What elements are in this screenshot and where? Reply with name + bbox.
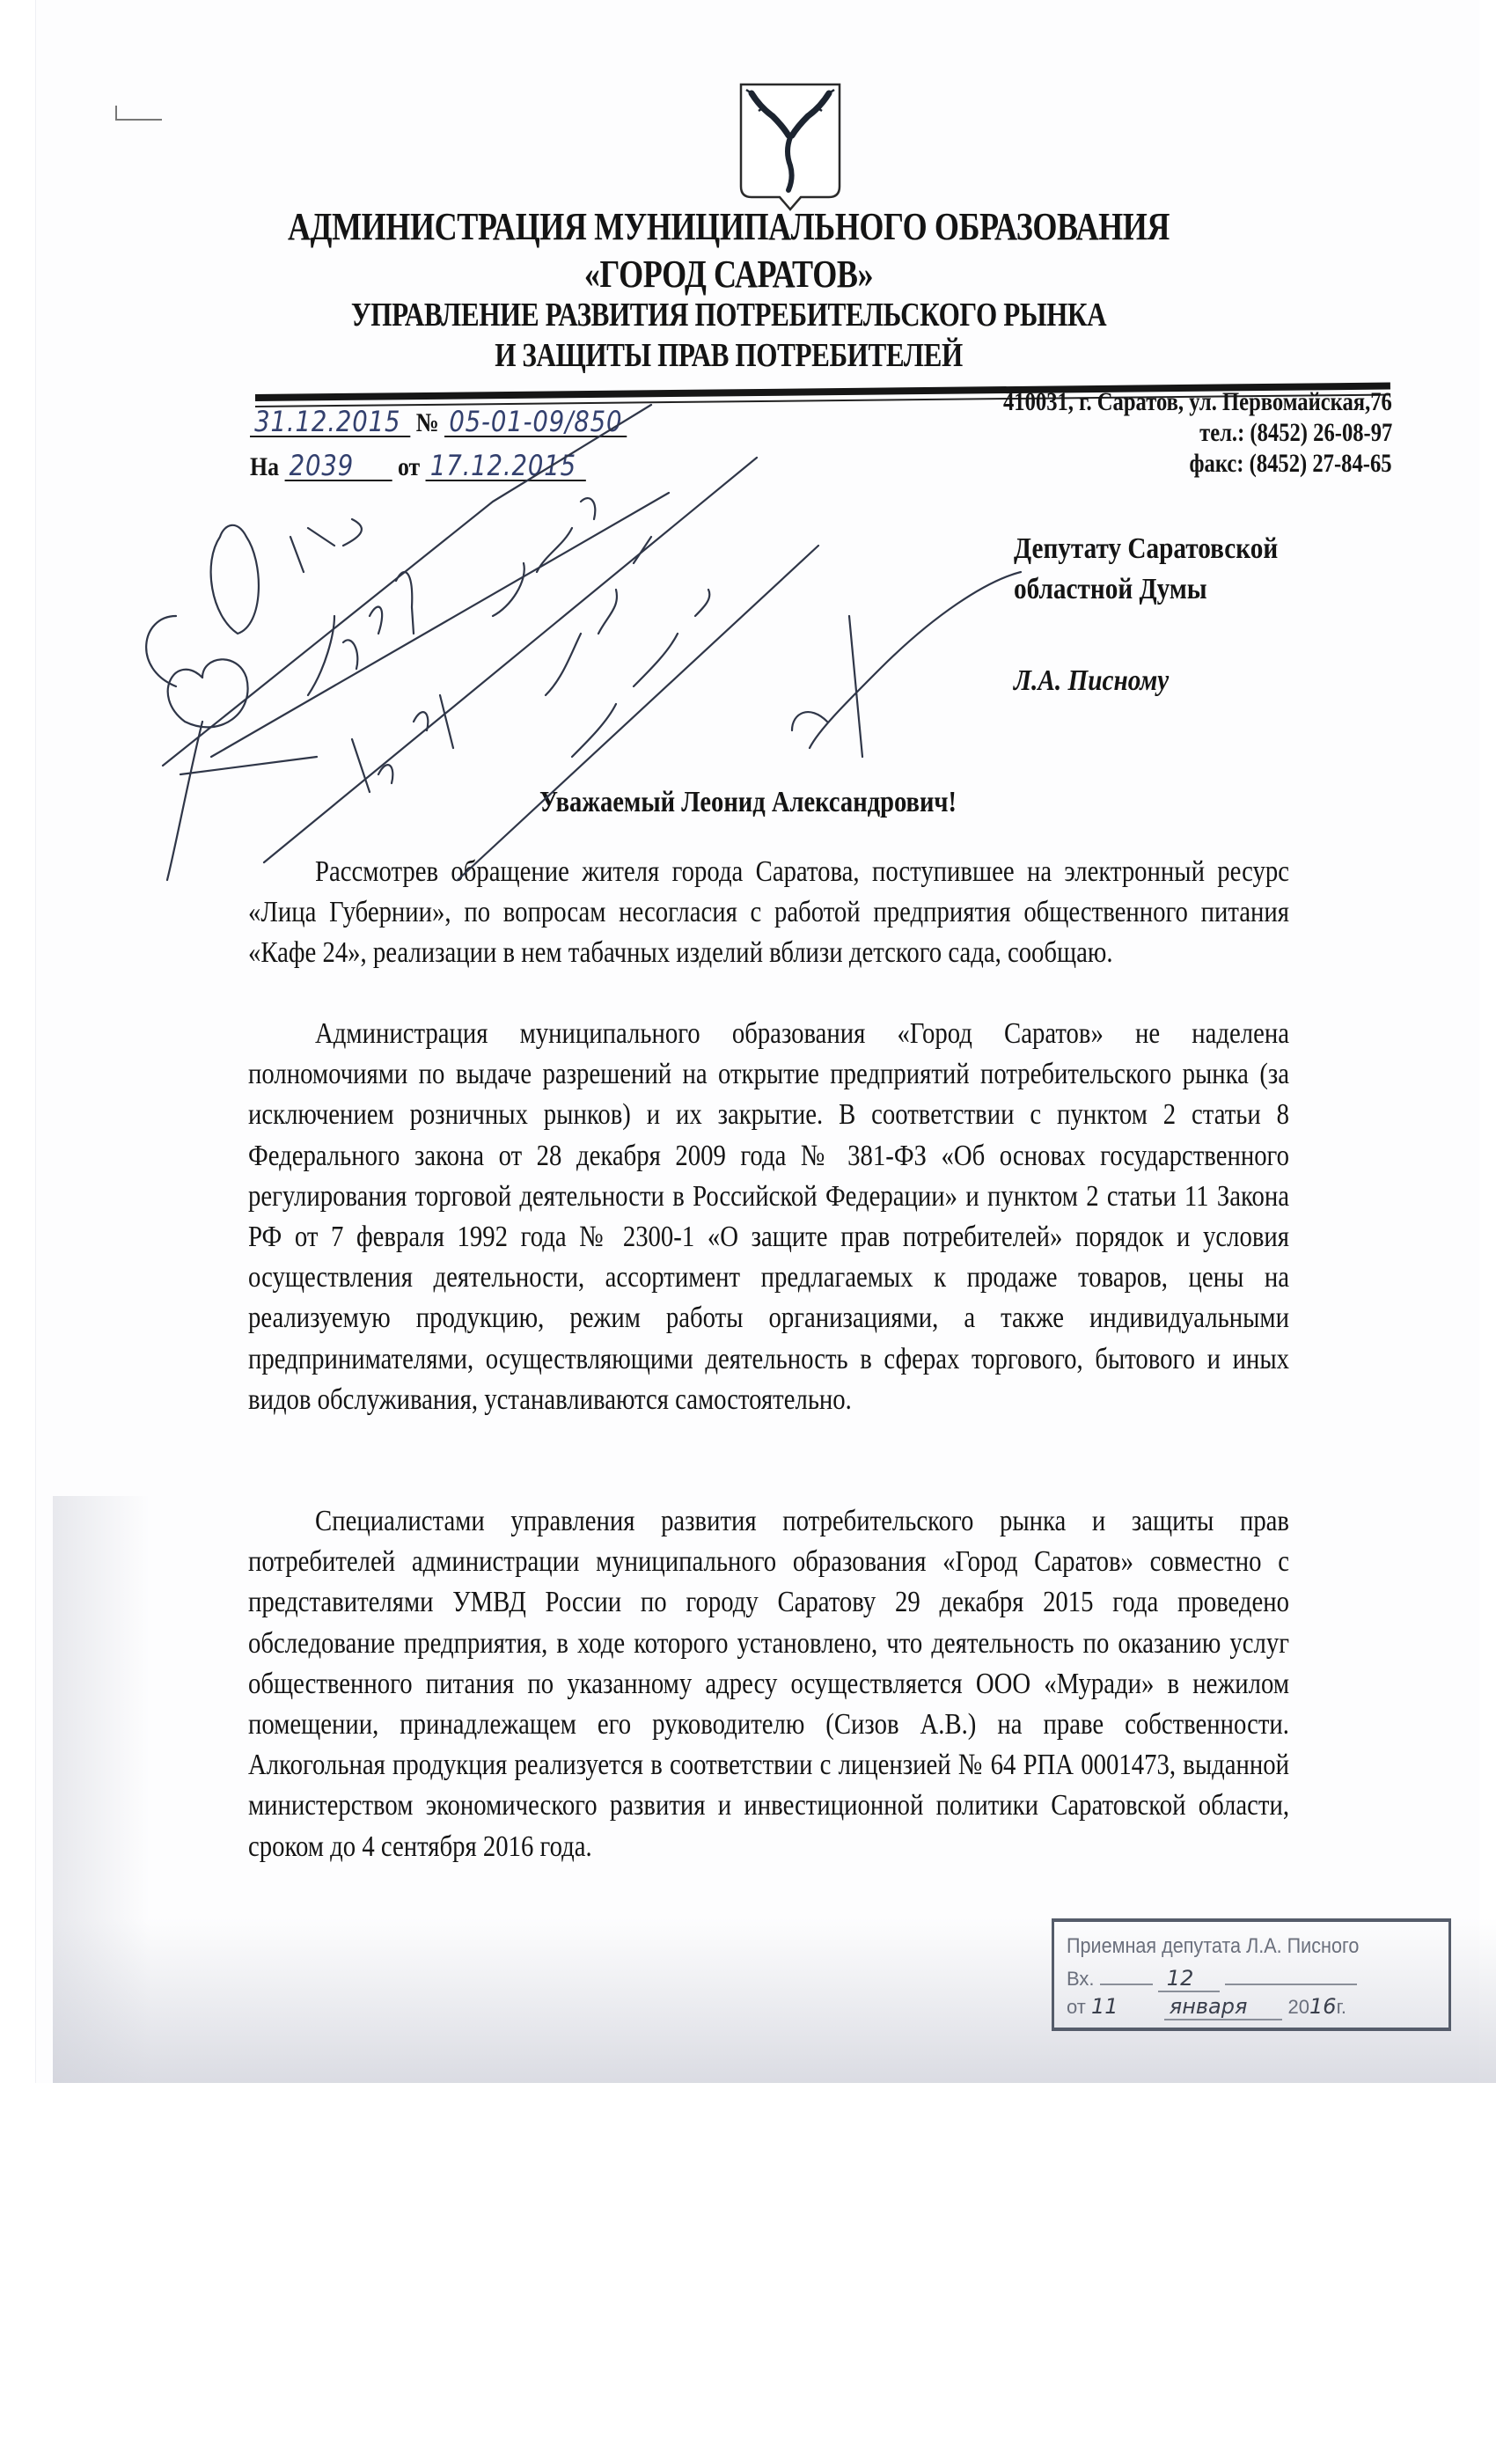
in-reply-date: 17.12.2015	[426, 451, 586, 481]
paragraph-text: Специалистами управления развития потреб…	[248, 1501, 1289, 1867]
outgoing-date: 31.12.2015	[250, 407, 410, 437]
margin-bracket-mark	[113, 104, 165, 125]
org-fax: факс: (8452) 27-84-65	[1190, 449, 1392, 479]
number-label: №	[416, 408, 439, 437]
stamp-day: 11	[1091, 1994, 1118, 2019]
paragraph-text: Администрация муниципального образования…	[248, 1014, 1289, 1420]
org-name-line-2: «ГОРОД САРАТОВ»	[115, 252, 1342, 297]
recipient-title-line-2: областной Думы	[1014, 573, 1207, 606]
stamp-blank	[1225, 1984, 1357, 1985]
stamp-year-prefix: 20	[1288, 1996, 1309, 2018]
paragraph-text: Рассмотрев обращение жителя города Сарат…	[248, 852, 1289, 974]
recipient-title-line-1: Депутату Саратовской	[1014, 532, 1278, 566]
outgoing-number: 05-01-09/850	[444, 407, 627, 437]
org-address: 410031, г. Саратов, ул. Первомайская,76	[1003, 387, 1392, 417]
body-paragraph-2: Администрация муниципального образования…	[248, 1014, 1289, 1420]
org-phone: тел.: (8452) 26-08-97	[1199, 418, 1392, 448]
in-reply-number: 2039	[284, 451, 392, 481]
saratov-coat-of-arms-icon	[737, 81, 843, 213]
outgoing-reference: 31.12.2015 № 05-01-09/850	[250, 407, 627, 438]
incoming-reference: На 2039 от 17.12.2015	[250, 451, 586, 482]
stamp-date-label: от	[1067, 1996, 1086, 2018]
in-reply-label: На	[250, 452, 279, 481]
stamp-year-suffix: 16	[1309, 1994, 1337, 2019]
recipient-name: Л.А. Писному	[1014, 664, 1169, 698]
stamp-blank	[1100, 1984, 1153, 1985]
from-label: от	[398, 452, 420, 481]
stamp-title: Приемная депутата Л.А. Писного	[1067, 1934, 1359, 1959]
stamp-incoming-label: Вх.	[1067, 1968, 1095, 1990]
body-paragraph-1: Рассмотрев обращение жителя города Сарат…	[248, 852, 1289, 974]
department-name-line-1: УПРАВЛЕНИЕ РАЗВИТИЯ ПОТРЕБИТЕЛЬСКОГО РЫН…	[115, 296, 1342, 334]
stamp-date-row: от 11 января 2016г.	[1067, 1994, 1346, 2020]
org-name-line-1: АДМИНИСТРАЦИЯ МУНИЦИПАЛЬНОГО ОБРАЗОВАНИЯ	[115, 204, 1342, 249]
registration-stamp: Приемная депутата Л.А. Писного Вх. 12 от…	[1052, 1918, 1451, 2031]
salutation: Уважаемый Леонид Александрович!	[120, 786, 1376, 819]
stamp-year-mark: г.	[1337, 1996, 1346, 2018]
body-paragraph-3: Специалистами управления развития потреб…	[248, 1501, 1289, 1867]
stamp-incoming-number: 12	[1158, 1966, 1221, 1992]
stamp-incoming-row: Вх. 12	[1067, 1966, 1357, 1992]
department-name-line-2: И ЗАЩИТЫ ПРАВ ПОТРЕБИТЕЛЕЙ	[115, 336, 1342, 375]
scan-shadow-left	[53, 1496, 150, 2083]
stamp-month: января	[1164, 1994, 1283, 2020]
